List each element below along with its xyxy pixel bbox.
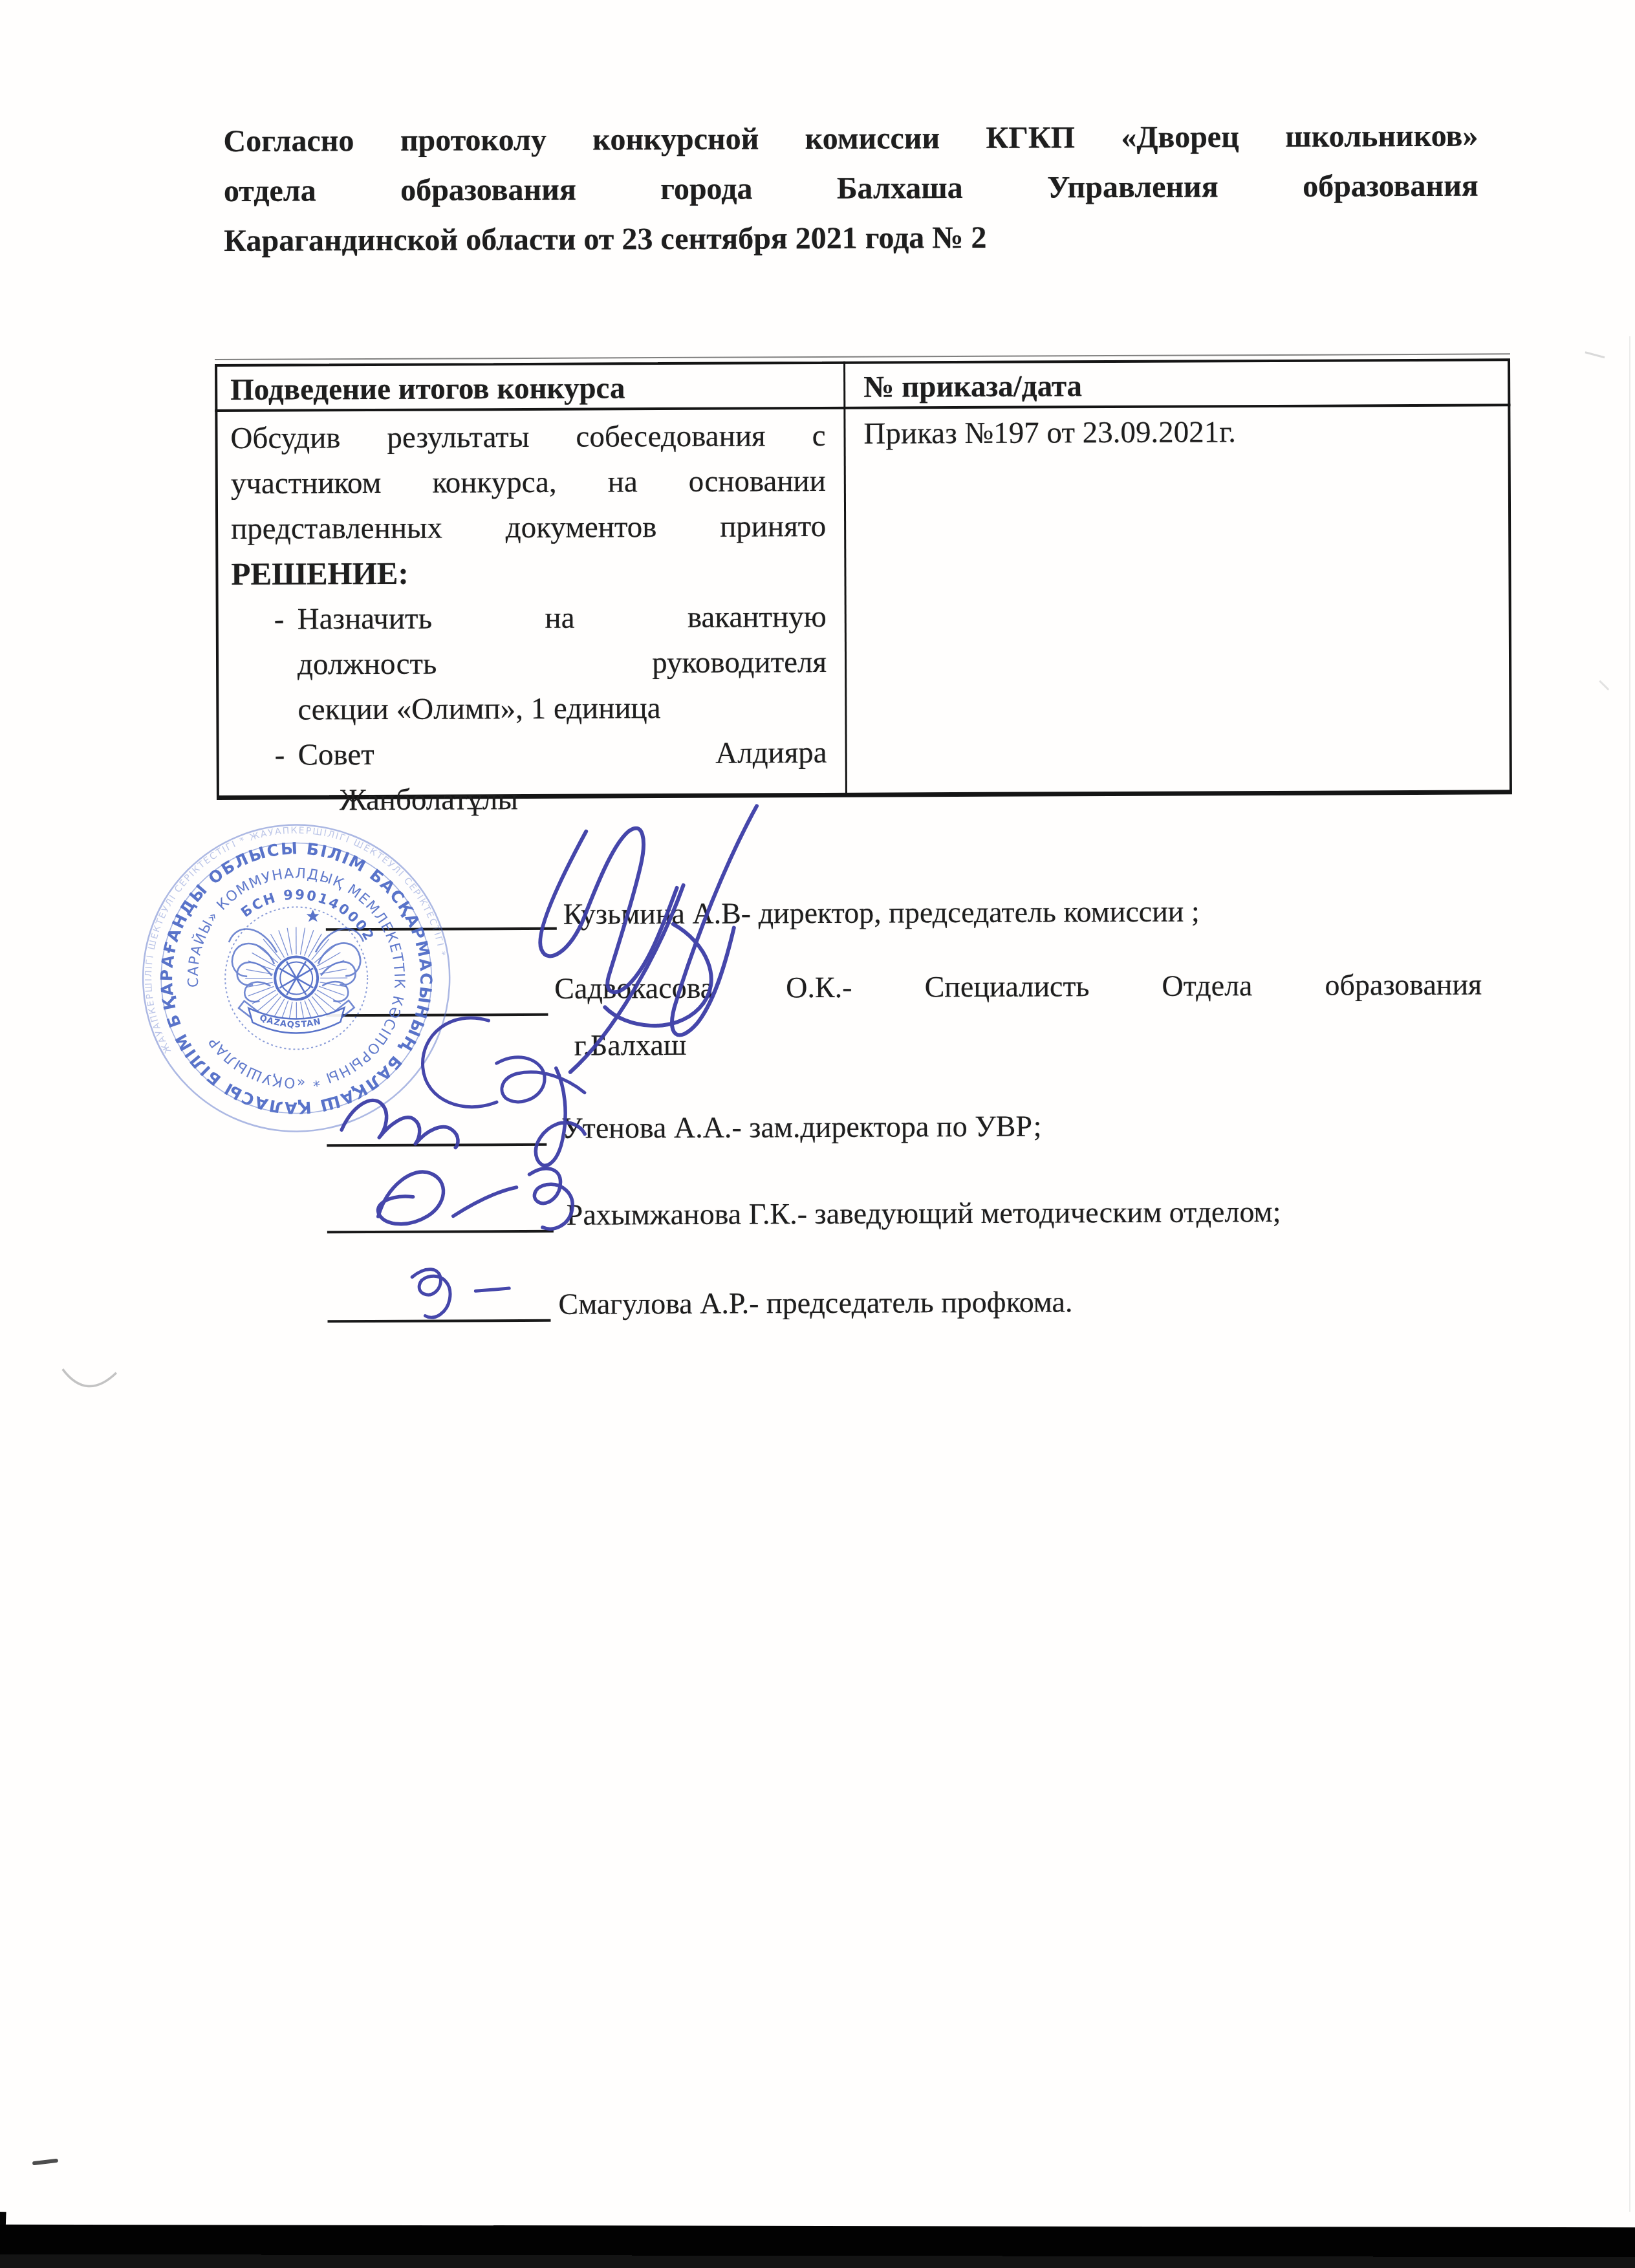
table-header-left: Подведение итогов конкурса xyxy=(230,371,625,407)
word: на xyxy=(545,600,574,636)
sun-ray xyxy=(248,961,274,970)
line-text: Обсудиврезультатысобеседованияс xyxy=(230,418,825,457)
sun-ray xyxy=(279,930,288,955)
signature-sadvokasova-icon xyxy=(422,1017,585,1107)
sun-ray xyxy=(320,982,347,987)
word: города xyxy=(660,170,753,221)
word: Отдела xyxy=(1162,968,1252,1003)
scanner-edge-bar xyxy=(0,2225,1635,2268)
sun-ray xyxy=(319,960,344,969)
signatory-smagulova: Смагулова А.Р.- председатель профкома. xyxy=(558,1284,1072,1321)
svg-text:САРАЙЫ» КОММУНАЛДЫҚ МЕМЛЕКЕТТІ: САРАЙЫ» КОММУНАЛДЫҚ МЕМЛЕКЕТТІК КӘСІПОРЫ… xyxy=(185,865,407,1092)
word: конкурсной xyxy=(592,120,759,171)
table-cell-order-number: Приказ №197 от 23.09.2021г. xyxy=(863,413,1484,451)
sun-ray xyxy=(257,993,278,1011)
table-text-line: Жанболатұлы xyxy=(232,780,827,828)
signature-utenova-icon xyxy=(341,1068,585,1167)
sun-ray xyxy=(270,934,284,957)
signature-rakhymzhanova-icon xyxy=(378,1169,572,1230)
signature-rule xyxy=(326,927,557,931)
line-text: РЕШЕНИЕ: xyxy=(231,554,826,592)
scan-smudge-curve xyxy=(63,1369,116,1387)
emblem-banner-text: QAZAQSTAN xyxy=(258,1013,322,1030)
word: Обсудив xyxy=(230,420,340,457)
word: Совет xyxy=(298,737,374,773)
stamp-bin-text: БСН 990140002836 xyxy=(238,887,378,982)
word: участником xyxy=(231,465,382,502)
word: принято xyxy=(720,508,826,545)
signature-rule xyxy=(326,1013,548,1017)
sun-ray xyxy=(248,986,274,995)
word: Садвокасова xyxy=(554,971,713,1006)
emblem-shanyrak-inner xyxy=(280,962,312,994)
sun-ray xyxy=(317,953,340,966)
word: образования xyxy=(1303,167,1478,218)
word: с xyxy=(812,418,826,454)
sun-ray xyxy=(279,1000,288,1026)
svg-text:ҚАРАҒАНДЫ ОБЛЫСЫ БІЛІМ БАСҚАРМ: ҚАРАҒАНДЫ ОБЛЫСЫ БІЛІМ БАСҚАРМАСЫНЫҢ БАЛ… xyxy=(157,838,436,1118)
scan-speck xyxy=(1599,681,1608,690)
intro-paragraph: СогласнопротоколуконкурснойкомиссииКГКП«… xyxy=(223,118,1478,272)
table-cell-results: Обсудиврезультатысобеседованиясучастнико… xyxy=(230,418,827,828)
sun-ray xyxy=(305,930,314,955)
word: представленных xyxy=(231,510,442,547)
sun-ray xyxy=(271,999,285,1022)
word: руководителя xyxy=(652,644,827,681)
line-text: должностьруководителя xyxy=(298,644,827,683)
scanned-document-page: СогласнопротоколуконкурснойкомиссииКГКП«… xyxy=(0,0,1635,2268)
sun-ray xyxy=(317,990,340,1004)
sun-ray xyxy=(287,928,292,955)
word: основании xyxy=(689,463,826,500)
table-text-line: представленныхдокументовпринято xyxy=(231,508,826,556)
emblem-banner xyxy=(248,1008,344,1033)
signature-rule xyxy=(327,1230,554,1234)
table-text-line: -СоветАлдияра xyxy=(232,735,827,783)
line-text: секции «Олимп», 1 единица xyxy=(298,689,827,728)
emblem-wing-left xyxy=(229,929,277,1019)
sun-ray xyxy=(288,1002,292,1028)
sun-ray xyxy=(263,939,281,960)
word: Назначить xyxy=(298,601,433,638)
scan-edge-line xyxy=(1629,336,1630,2212)
scan-speck xyxy=(1585,352,1605,358)
sun-ray xyxy=(319,986,344,995)
signature-rule xyxy=(327,1319,550,1323)
word: Управления xyxy=(1047,168,1218,219)
word: Балхаша xyxy=(837,169,963,220)
word: КГКП xyxy=(986,119,1075,169)
table-text-line: секции «Олимп», 1 единица xyxy=(232,689,827,737)
sun-ray xyxy=(305,1000,314,1026)
word: отдела xyxy=(224,172,316,222)
intro-line: Карагандинской области от 23 сентября 20… xyxy=(224,217,1478,272)
word: должность xyxy=(298,646,437,683)
word: вакантную xyxy=(688,599,827,636)
table-text-line: должностьруководителя xyxy=(232,644,827,692)
sun-ray xyxy=(252,953,276,966)
handwritten-signatures xyxy=(340,806,759,1317)
word: протоколу xyxy=(400,122,547,172)
signatory-rakhymzhanova: Рахымжанова Г.К.- заведующий методически… xyxy=(567,1194,1281,1232)
scan-content: СогласнопротоколуконкурснойкомиссииКГКП«… xyxy=(0,0,1635,2268)
sun-ray xyxy=(257,945,277,963)
line-text: участникомконкурса,наосновании xyxy=(231,463,826,502)
signatory-sadvokasova-city: г.Балхаш xyxy=(574,1028,687,1063)
word: Согласно xyxy=(223,122,354,173)
list-marker: - xyxy=(275,737,285,773)
word: образования xyxy=(1325,967,1482,1002)
signatory-kuzmina: Кузьмина А.В- директор, председатель ком… xyxy=(563,894,1200,931)
emblem-shanyrak xyxy=(275,956,318,999)
table-header-right: № приказа/дата xyxy=(863,369,1082,404)
word: собеседования xyxy=(576,418,765,455)
sun-ray xyxy=(309,999,322,1022)
sun-ray xyxy=(246,982,272,987)
word: О.К.- xyxy=(786,970,852,1004)
signatory-sadvokasova: СадвокасоваО.К.-СпециалистьОтделаобразов… xyxy=(554,967,1482,1006)
word: конкурса, xyxy=(432,464,557,501)
word: «Дворец xyxy=(1121,118,1239,169)
word: результаты xyxy=(387,419,529,456)
stamp-ring-circle xyxy=(160,843,432,1114)
signature-smagulova-icon xyxy=(412,1269,509,1317)
table-text-line: -Назначитьнавакантную xyxy=(232,599,827,647)
line-text: Назначитьнавакантную xyxy=(298,599,827,638)
svg-text:QAZAQSTAN: QAZAQSTAN xyxy=(258,1013,322,1030)
word: Специалисть xyxy=(924,969,1089,1004)
signature-rule xyxy=(327,1143,547,1147)
sun-ray xyxy=(301,1002,305,1028)
table-text-line: РЕШЕНИЕ: xyxy=(231,554,826,601)
official-round-stamp-icon: ЖАУАПКЕРШІЛІГІ ШЕКТЕУЛІ СЕРІКТЕСТІГІ * Ж… xyxy=(142,824,450,1132)
line-text: Жанболатұлы xyxy=(340,780,827,818)
emblem-uyk-cross xyxy=(279,961,313,995)
sun-ray xyxy=(263,997,281,1017)
signatory-utenova: Утенова А.А.- зам.директора по УВР; xyxy=(561,1108,1041,1145)
sun-ray xyxy=(314,945,335,962)
word: комиссии xyxy=(805,120,940,170)
stamp-faint-ring-text: ЖАУАПКЕРШІЛІГІ ШЕКТЕУЛІ СЕРІКТЕСТІГІ * Ж… xyxy=(143,825,448,1055)
stamp-inner-ring-text: САРАЙЫ» КОММУНАЛДЫҚ МЕМЛЕКЕТТІК КӘСІПОРЫ… xyxy=(185,865,407,1092)
table-text-line: Обсудиврезультатысобеседованияс xyxy=(230,418,825,466)
intro-line: СогласнопротоколуконкурснойкомиссииКГКП«… xyxy=(223,118,1478,173)
emblem-wing-right xyxy=(316,929,364,1019)
word: документов xyxy=(506,509,657,546)
stamp-outer-ring-text: ҚАРАҒАНДЫ ОБЛЫСЫ БІЛІМ БАСҚАРМАСЫНЫҢ БАЛ… xyxy=(157,838,436,1118)
emblem-star-icon xyxy=(307,909,319,922)
svg-text:БСН 990140002836: БСН 990140002836 xyxy=(238,887,378,982)
line-text: представленныхдокументовпринято xyxy=(231,508,826,547)
sun-ray xyxy=(315,993,336,1011)
stamp-outer-circle xyxy=(142,824,450,1132)
word: школьников» xyxy=(1285,118,1478,168)
svg-text:ЖАУАПКЕРШІЛІГІ ШЕКТЕУЛІ СЕРІКТ: ЖАУАПКЕРШІЛІГІ ШЕКТЕУЛІ СЕРІКТЕСТІГІ * Ж… xyxy=(143,825,448,1055)
sun-ray xyxy=(252,990,276,1004)
list-marker: - xyxy=(274,601,285,638)
sun-ray xyxy=(308,934,321,957)
sun-ray xyxy=(246,969,272,974)
sun-ray xyxy=(320,969,347,973)
line-text: СоветАлдияра xyxy=(298,735,827,773)
intro-line: отделаобразованиягородаБалхашаУправления… xyxy=(224,167,1478,222)
table-text-line: участникомконкурса,наосновании xyxy=(231,463,826,511)
word: на xyxy=(608,464,638,500)
sun-ray xyxy=(300,928,305,955)
word: образования xyxy=(400,171,576,222)
word: Алдияра xyxy=(715,735,827,772)
sun-ray xyxy=(312,939,329,960)
